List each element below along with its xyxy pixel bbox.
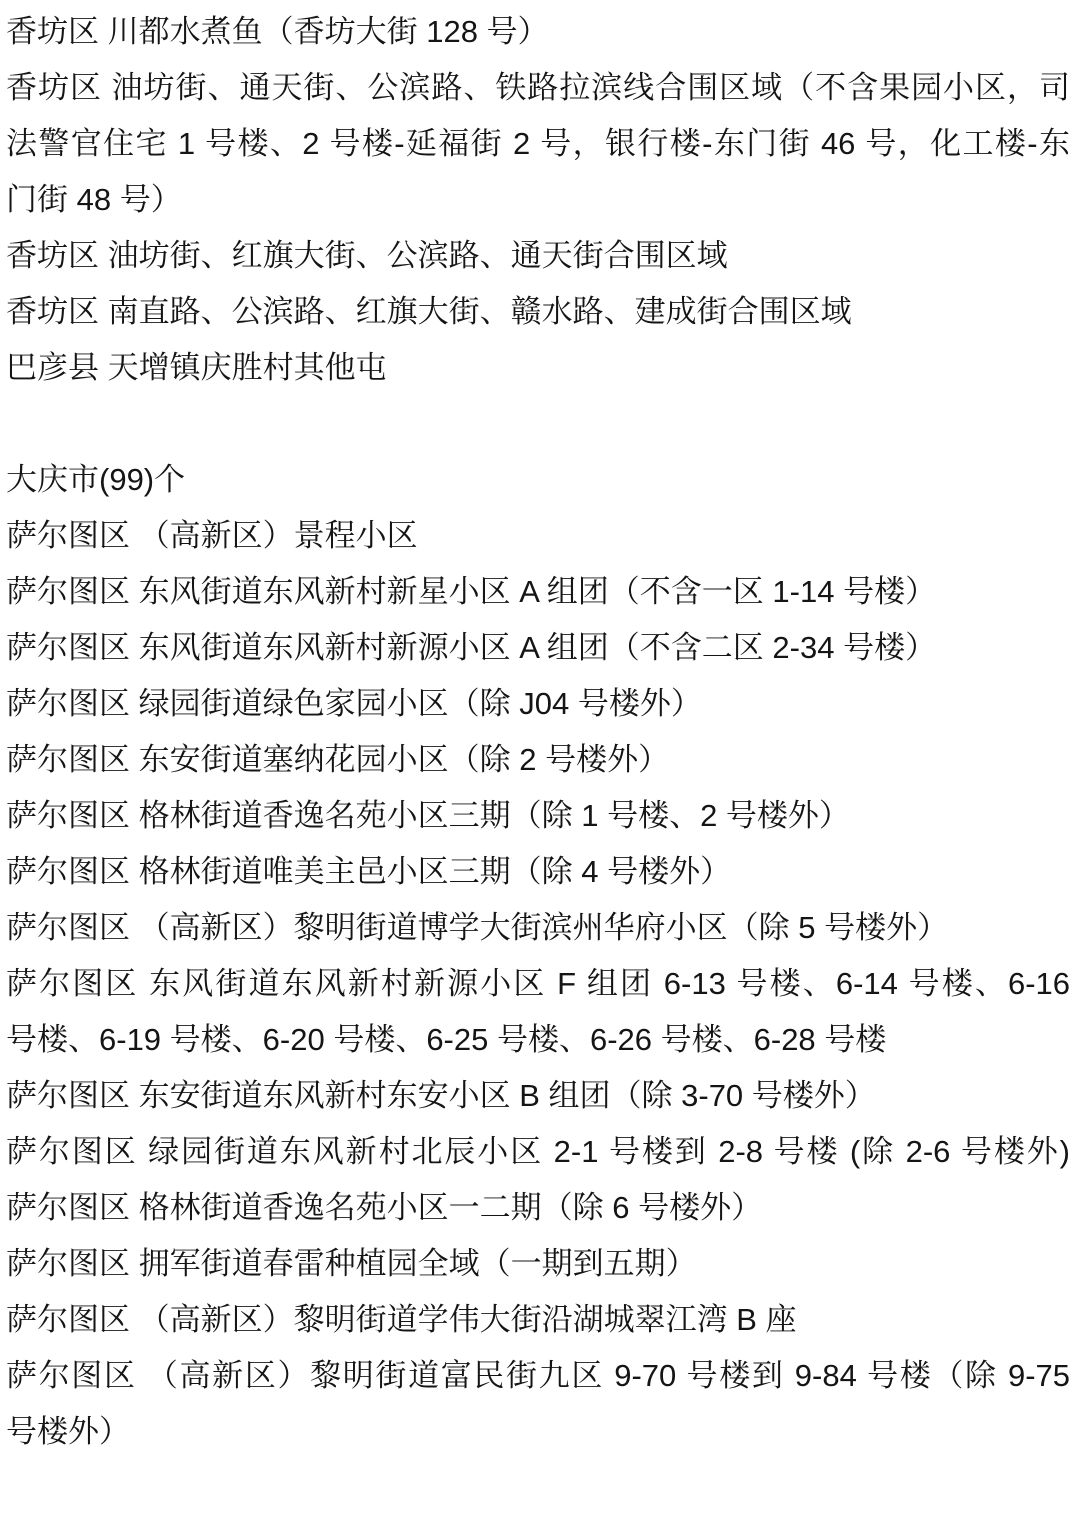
blank-line: [6, 396, 1070, 452]
entry-line: 法警官住宅 1 号楼、2 号楼-延福街 2 号，银行楼-东门街 46 号，化工楼…: [6, 116, 1070, 172]
entry-line: 萨尔图区 东风街道东风新村新源小区 F 组团 6-13 号楼、6-14 号楼、6…: [6, 956, 1070, 1012]
entry-line: 萨尔图区 （高新区）黎明街道学伟大街沿湖城翠江湾 B 座: [6, 1292, 1070, 1348]
entry-line: 香坊区 南直路、公滨路、红旗大街、赣水路、建成街合围区域: [6, 284, 1070, 340]
entry-line: 香坊区 油坊街、红旗大街、公滨路、通天街合围区域: [6, 228, 1070, 284]
entry-line: 萨尔图区 绿园街道东风新村北辰小区 2-1 号楼到 2-8 号楼 (除 2-6 …: [6, 1124, 1070, 1180]
risk-area-list-document: 香坊区 川都水煮鱼（香坊大街 128 号） 香坊区 油坊街、通天街、公滨路、铁路…: [0, 0, 1080, 1460]
entry-line: 萨尔图区 拥军街道春雷种植园全域（一期到五期）: [6, 1236, 1070, 1292]
entry-line: 萨尔图区 绿园街道绿色家园小区（除 J04 号楼外）: [6, 676, 1070, 732]
entry-line: 萨尔图区 东安街道塞纳花园小区（除 2 号楼外）: [6, 732, 1070, 788]
entry-line: 萨尔图区 格林街道香逸名苑小区一二期（除 6 号楼外）: [6, 1180, 1070, 1236]
entry-line: 萨尔图区 东风街道东风新村新星小区 A 组团（不含一区 1-14 号楼）: [6, 564, 1070, 620]
entry-line: 萨尔图区 东风街道东风新村新源小区 A 组团（不含二区 2-34 号楼）: [6, 620, 1070, 676]
section-heading-daqing: 大庆市(99)个: [6, 452, 1070, 508]
entry-line: 号楼外）: [6, 1404, 1070, 1460]
entry-line: 门街 48 号）: [6, 172, 1070, 228]
entry-line: 巴彦县 天增镇庆胜村其他屯: [6, 340, 1070, 396]
entry-line: 萨尔图区 （高新区）黎明街道富民街九区 9-70 号楼到 9-84 号楼（除 9…: [6, 1348, 1070, 1404]
entry-line: 萨尔图区 （高新区）黎明街道博学大街滨州华府小区（除 5 号楼外）: [6, 900, 1070, 956]
entry-line: 萨尔图区 格林街道唯美主邑小区三期（除 4 号楼外）: [6, 844, 1070, 900]
entry-line: 香坊区 油坊街、通天街、公滨路、铁路拉滨线合围区域（不含果园小区，司: [6, 60, 1070, 116]
entry-line: 香坊区 川都水煮鱼（香坊大街 128 号）: [6, 4, 1070, 60]
entry-line: 号楼、6-19 号楼、6-20 号楼、6-25 号楼、6-26 号楼、6-28 …: [6, 1012, 1070, 1068]
entry-line: 萨尔图区 （高新区）景程小区: [6, 508, 1070, 564]
entry-line: 萨尔图区 格林街道香逸名苑小区三期（除 1 号楼、2 号楼外）: [6, 788, 1070, 844]
page: { "page": { "background_color": "#ffffff…: [0, 0, 1080, 1527]
entry-line: 萨尔图区 东安街道东风新村东安小区 B 组团（除 3-70 号楼外）: [6, 1068, 1070, 1124]
